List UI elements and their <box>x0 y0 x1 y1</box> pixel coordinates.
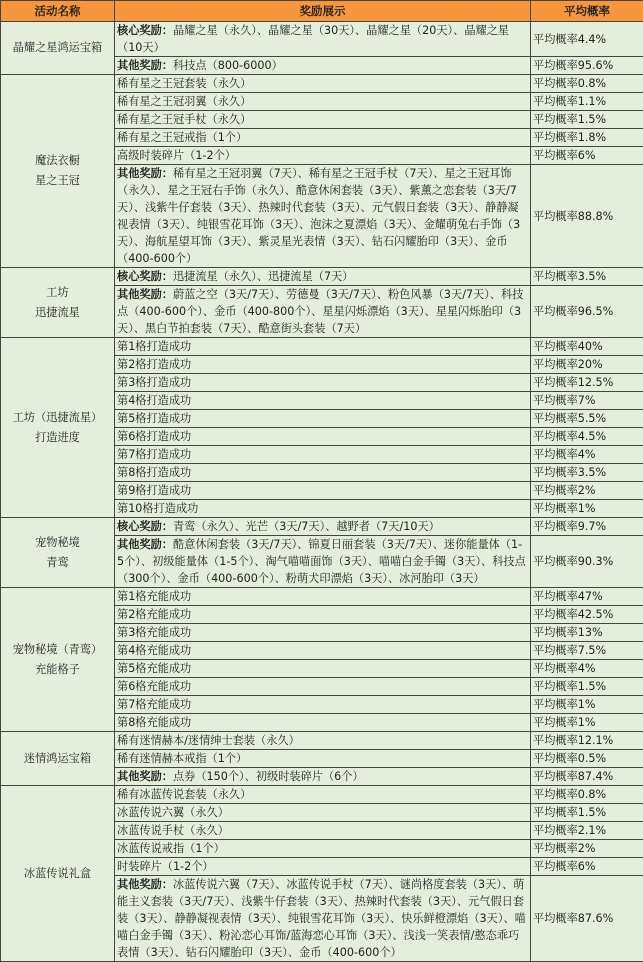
reward-cell: 第6格打造成功 <box>115 428 531 446</box>
header-rewards: 奖励展示 <box>115 1 531 22</box>
reward-text: 第7格打造成功 <box>117 448 191 461</box>
activity-name-line: 冰蓝传说礼盒 <box>3 864 112 884</box>
reward-text: 稀有星之王冠手杖（永久） <box>117 113 251 126</box>
probability-cell: 平均概率87.4% <box>531 768 643 786</box>
reward-cell: 第8格打造成功 <box>115 464 531 482</box>
reward-text: 高级时装碎片（1-2个） <box>117 149 236 162</box>
reward-cell: 第1格打造成功 <box>115 338 531 356</box>
table-row: 迷情鸿运宝箱稀有迷情赫本/迷情绅士套装（永久）平均概率12.1% <box>1 732 643 750</box>
probability-cell: 平均概率96.5% <box>531 286 643 338</box>
activity-name-line: 充能格子 <box>3 660 112 680</box>
reward-cell: 第8格充能成功 <box>115 714 531 732</box>
reward-cell: 其他奖励：科技点（800-6000） <box>115 57 531 75</box>
reward-text: 第5格充能成功 <box>117 662 191 675</box>
reward-cell: 第5格充能成功 <box>115 660 531 678</box>
activity-name-cell: 魔法衣橱星之王冠 <box>1 75 115 268</box>
activity-name-line: 宠物秘境（青鸾） <box>3 640 112 660</box>
activity-name-cell: 工坊迅捷流星 <box>1 268 115 338</box>
reward-text: 科技点（800-6000） <box>173 59 283 72</box>
reward-text: 第3格打造成功 <box>117 376 191 389</box>
reward-text: 第6格充能成功 <box>117 680 191 693</box>
probability-cell: 平均概率20% <box>531 356 643 374</box>
reward-category-label: 其他奖励： <box>117 59 173 72</box>
reward-cell: 冰蓝传说戒指（1个） <box>115 840 531 858</box>
reward-cell: 第6格充能成功 <box>115 678 531 696</box>
reward-category-label: 核心奖励： <box>117 520 173 533</box>
reward-cell: 稀有星之王冠手杖（永久） <box>115 111 531 129</box>
probability-cell: 平均概率4.5% <box>531 428 643 446</box>
reward-cell: 其他奖励：点券（150个）、初级时装碎片（6个） <box>115 768 531 786</box>
probability-cell: 平均概率12.1% <box>531 732 643 750</box>
table-row: 宠物秘境青鸾核心奖励：青鸾（永久）、光芒（3天/7天）、越野者（7天/10天）平… <box>1 518 643 536</box>
reward-category-label: 核心奖励： <box>117 270 173 283</box>
activity-name-line: 打造进度 <box>3 428 112 448</box>
reward-cell: 第10格打造成功 <box>115 500 531 518</box>
reward-cell: 其他奖励：冰蓝传说六翼（7天）、冰蓝传说手杖（7天）、谜尚格度套装（3天）、萌能… <box>115 876 531 962</box>
reward-text: 冰蓝传说六翼（永久） <box>117 806 229 819</box>
probability-cell: 平均概率5.5% <box>531 410 643 428</box>
header-probability: 平均概率 <box>531 1 643 22</box>
reward-text: 迅捷流星（永久）、迅捷流星（7天） <box>173 270 354 283</box>
reward-text: 第9格打造成功 <box>117 484 191 497</box>
activity-name-cell: 晶耀之星鸿运宝箱 <box>1 22 115 75</box>
probability-cell: 平均概率2% <box>531 482 643 500</box>
reward-category-label: 核心奖励： <box>117 24 173 37</box>
reward-cell: 时装碎片（1-2个） <box>115 858 531 876</box>
reward-text: 稀有迷情赫本戒指（1个） <box>117 752 247 765</box>
table-row: 宠物秘境（青鸾）充能格子第1格充能成功平均概率47% <box>1 588 643 606</box>
probability-cell: 平均概率90.3% <box>531 536 643 588</box>
reward-cell: 其他奖励：酷意休闲套装（3天/7天）、锦夏日丽套装（3天/7天）、迷你能量体（1… <box>115 536 531 588</box>
table-header-row: 活动名称 奖励展示 平均概率 <box>1 1 643 22</box>
header-activity-name: 活动名称 <box>1 1 115 22</box>
table-body: 晶耀之星鸿运宝箱核心奖励：晶耀之星（永久）、晶耀之星（30天）、晶耀之星（20天… <box>1 22 643 962</box>
reward-text: 第10格打造成功 <box>117 502 198 515</box>
activity-name-line: 工坊 <box>3 283 112 303</box>
activity-name-line: 魔法衣橱 <box>3 151 112 171</box>
reward-text: 稀有星之王冠套装（永久） <box>117 77 251 90</box>
probability-cell: 平均概率7% <box>531 392 643 410</box>
reward-text: 第2格打造成功 <box>117 358 191 371</box>
reward-cell: 核心奖励：青鸾（永久）、光芒（3天/7天）、越野者（7天/10天） <box>115 518 531 536</box>
reward-cell: 第9格打造成功 <box>115 482 531 500</box>
activity-name-line: 晶耀之星鸿运宝箱 <box>3 38 112 58</box>
probability-cell: 平均概率6% <box>531 147 643 165</box>
reward-text: 酷意休闲套装（3天/7天）、锦夏日丽套装（3天/7天）、迷你能量体（1-5个）、… <box>117 538 526 585</box>
reward-text: 第6格打造成功 <box>117 430 191 443</box>
reward-text: 青鸾（永久）、光芒（3天/7天）、越野者（7天/10天） <box>173 520 440 533</box>
reward-text: 稀有星之王冠羽翼（7天）、稀有星之王冠手杖（7天）、星之王冠耳饰（永久）、星之王… <box>117 167 520 265</box>
probability-cell: 平均概率3.5% <box>531 464 643 482</box>
table-row: 冰蓝传说礼盒稀有冰蓝传说套装（永久）平均概率0.8% <box>1 786 643 804</box>
reward-cell: 冰蓝传说六翼（永久） <box>115 804 531 822</box>
probability-cell: 平均概率12.5% <box>531 374 643 392</box>
reward-cell: 核心奖励：晶耀之星（永久）、晶耀之星（30天）、晶耀之星（20天）、晶耀之星（1… <box>115 22 531 57</box>
reward-text: 稀有星之王冠戒指（1个） <box>117 131 247 144</box>
probability-cell: 平均概率42.5% <box>531 606 643 624</box>
reward-cell: 第1格充能成功 <box>115 588 531 606</box>
probability-cell: 平均概率1.8% <box>531 129 643 147</box>
probability-cell: 平均概率7.5% <box>531 642 643 660</box>
reward-category-label: 其他奖励： <box>117 288 173 301</box>
probability-cell: 平均概率2.1% <box>531 822 643 840</box>
reward-text: 第4格充能成功 <box>117 644 191 657</box>
reward-text: 第8格打造成功 <box>117 466 191 479</box>
reward-cell: 第5格打造成功 <box>115 410 531 428</box>
table-row: 工坊迅捷流星核心奖励：迅捷流星（永久）、迅捷流星（7天）平均概率3.5% <box>1 268 643 286</box>
reward-cell: 稀有星之王冠羽翼（永久） <box>115 93 531 111</box>
activity-name-cell: 宠物秘境青鸾 <box>1 518 115 588</box>
reward-text: 第8格充能成功 <box>117 716 191 729</box>
reward-category-label: 其他奖励： <box>117 167 173 180</box>
activity-name-line: 青鸾 <box>3 553 112 573</box>
reward-category-label: 其他奖励： <box>117 878 173 891</box>
probability-cell: 平均概率0.8% <box>531 786 643 804</box>
probability-cell: 平均概率13% <box>531 624 643 642</box>
reward-cell: 其他奖励：稀有星之王冠羽翼（7天）、稀有星之王冠手杖（7天）、星之王冠耳饰（永久… <box>115 165 531 268</box>
reward-text: 第2格充能成功 <box>117 608 191 621</box>
reward-text: 点券（150个）、初级时装碎片（6个） <box>173 770 364 783</box>
activity-name-line: 迅捷流星 <box>3 303 112 323</box>
probability-cell: 平均概率88.8% <box>531 165 643 268</box>
reward-text: 冰蓝传说六翼（7天）、冰蓝传说手杖（7天）、谜尚格度套装（3天）、萌能主义套装（… <box>117 878 526 959</box>
probability-cell: 平均概率95.6% <box>531 57 643 75</box>
reward-text: 第4格打造成功 <box>117 394 191 407</box>
reward-text: 时装碎片（1-2个） <box>117 860 214 873</box>
probability-cell: 平均概率4% <box>531 660 643 678</box>
reward-cell: 稀有星之王冠套装（永久） <box>115 75 531 93</box>
probability-cell: 平均概率1.5% <box>531 111 643 129</box>
probability-cell: 平均概率47% <box>531 588 643 606</box>
activity-name-cell: 迷情鸿运宝箱 <box>1 732 115 786</box>
probability-cell: 平均概率9.7% <box>531 518 643 536</box>
table-row: 魔法衣橱星之王冠稀有星之王冠套装（永久）平均概率0.8% <box>1 75 643 93</box>
reward-category-label: 其他奖励： <box>117 770 173 783</box>
activity-name-line: 工坊（迅捷流星） <box>3 408 112 428</box>
reward-cell: 第7格充能成功 <box>115 696 531 714</box>
reward-cell: 其他奖励：蔚蓝之空（3天/7天）、劳德曼（3天/7天）、粉色风暴（3天/7天）、… <box>115 286 531 338</box>
reward-cell: 稀有迷情赫本戒指（1个） <box>115 750 531 768</box>
probability-cell: 平均概率1.5% <box>531 678 643 696</box>
reward-text: 晶耀之星（永久）、晶耀之星（30天）、晶耀之星（20天）、晶耀之星（10天） <box>117 24 509 54</box>
table-row: 工坊（迅捷流星）打造进度第1格打造成功平均概率40% <box>1 338 643 356</box>
reward-cell: 第3格充能成功 <box>115 624 531 642</box>
reward-cell: 第4格充能成功 <box>115 642 531 660</box>
reward-cell: 稀有迷情赫本/迷情绅士套装（永久） <box>115 732 531 750</box>
probability-cell: 平均概率0.5% <box>531 750 643 768</box>
reward-cell: 稀有星之王冠戒指（1个） <box>115 129 531 147</box>
reward-text: 第1格打造成功 <box>117 340 191 353</box>
probability-cell: 平均概率0.8% <box>531 75 643 93</box>
reward-cell: 第7格打造成功 <box>115 446 531 464</box>
reward-probability-table: 活动名称 奖励展示 平均概率 晶耀之星鸿运宝箱核心奖励：晶耀之星（永久）、晶耀之… <box>0 0 643 962</box>
reward-cell: 第2格打造成功 <box>115 356 531 374</box>
reward-text: 第7格充能成功 <box>117 698 191 711</box>
probability-cell: 平均概率6% <box>531 858 643 876</box>
reward-text: 稀有星之王冠羽翼（永久） <box>117 95 251 108</box>
probability-cell: 平均概率1% <box>531 714 643 732</box>
reward-text: 第5格打造成功 <box>117 412 191 425</box>
reward-cell: 高级时装碎片（1-2个） <box>115 147 531 165</box>
activity-name-line: 宠物秘境 <box>3 533 112 553</box>
activity-name-cell: 宠物秘境（青鸾）充能格子 <box>1 588 115 732</box>
activity-name-line: 星之王冠 <box>3 171 112 191</box>
reward-text: 冰蓝传说手杖（永久） <box>117 824 229 837</box>
probability-cell: 平均概率1.5% <box>531 804 643 822</box>
reward-text: 蔚蓝之空（3天/7天）、劳德曼（3天/7天）、粉色风暴（3天/7天）、科技点（4… <box>117 288 523 335</box>
probability-cell: 平均概率1% <box>531 696 643 714</box>
activity-name-cell: 冰蓝传说礼盒 <box>1 786 115 962</box>
table-row: 晶耀之星鸿运宝箱核心奖励：晶耀之星（永久）、晶耀之星（30天）、晶耀之星（20天… <box>1 22 643 57</box>
reward-cell: 冰蓝传说手杖（永久） <box>115 822 531 840</box>
reward-cell: 核心奖励：迅捷流星（永久）、迅捷流星（7天） <box>115 268 531 286</box>
probability-cell: 平均概率2% <box>531 840 643 858</box>
reward-text: 稀有冰蓝传说套装（永久） <box>117 788 251 801</box>
reward-cell: 第3格打造成功 <box>115 374 531 392</box>
reward-cell: 稀有冰蓝传说套装（永久） <box>115 786 531 804</box>
probability-cell: 平均概率1% <box>531 500 643 518</box>
probability-cell: 平均概率4% <box>531 446 643 464</box>
probability-cell: 平均概率1.1% <box>531 93 643 111</box>
reward-cell: 第4格打造成功 <box>115 392 531 410</box>
reward-category-label: 其他奖励： <box>117 538 173 551</box>
reward-text: 冰蓝传说戒指（1个） <box>117 842 225 855</box>
activity-name-line: 迷情鸿运宝箱 <box>3 749 112 769</box>
activity-name-cell: 工坊（迅捷流星）打造进度 <box>1 338 115 518</box>
probability-cell: 平均概率3.5% <box>531 268 643 286</box>
reward-text: 第1格充能成功 <box>117 590 191 603</box>
reward-cell: 第2格充能成功 <box>115 606 531 624</box>
probability-cell: 平均概率4.4% <box>531 22 643 57</box>
probability-cell: 平均概率87.6% <box>531 876 643 962</box>
probability-cell: 平均概率40% <box>531 338 643 356</box>
reward-text: 稀有迷情赫本/迷情绅士套装（永久） <box>117 734 300 747</box>
reward-text: 第3格充能成功 <box>117 626 191 639</box>
